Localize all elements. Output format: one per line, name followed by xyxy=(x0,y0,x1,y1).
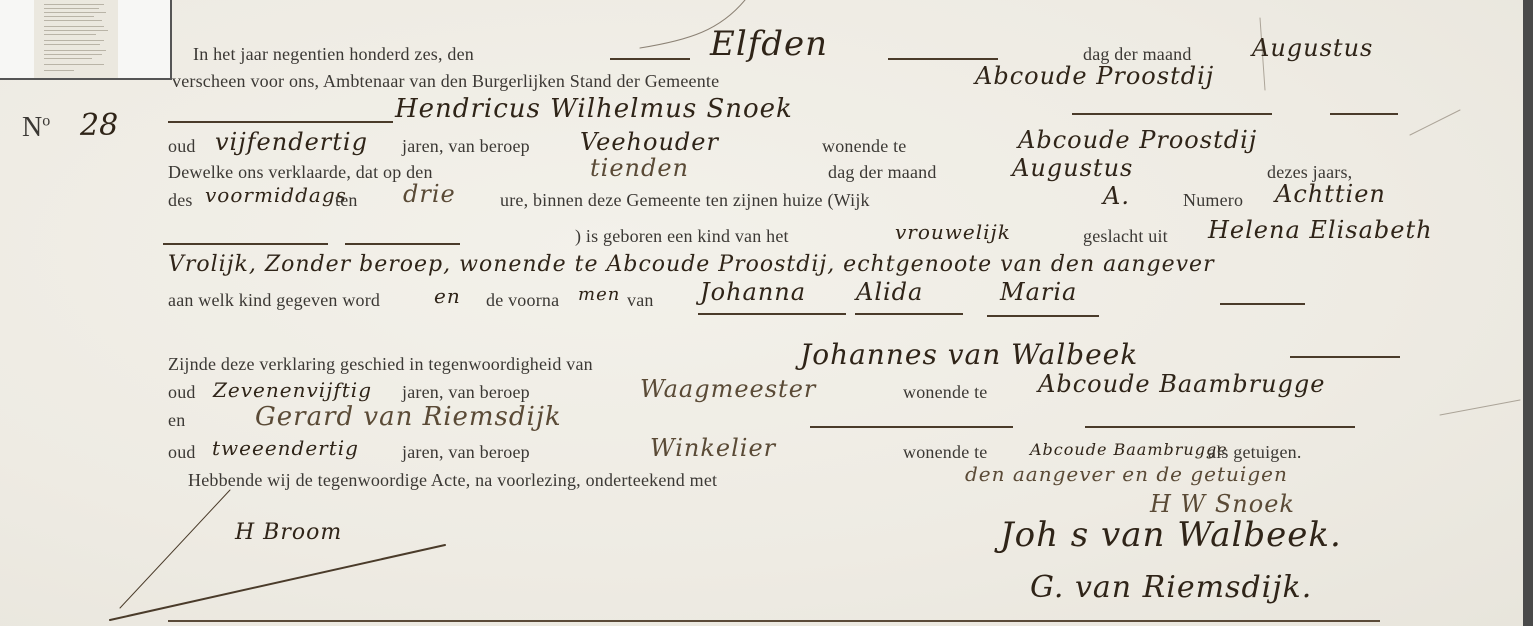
thumbnail-page-preview xyxy=(34,0,118,78)
page-thumbnail[interactable] xyxy=(0,0,172,80)
handwriting-strokes xyxy=(0,0,1523,626)
document-page: No 28 In het jaar negentien honderd zes,… xyxy=(0,0,1523,626)
viewer-right-border xyxy=(1523,0,1533,626)
